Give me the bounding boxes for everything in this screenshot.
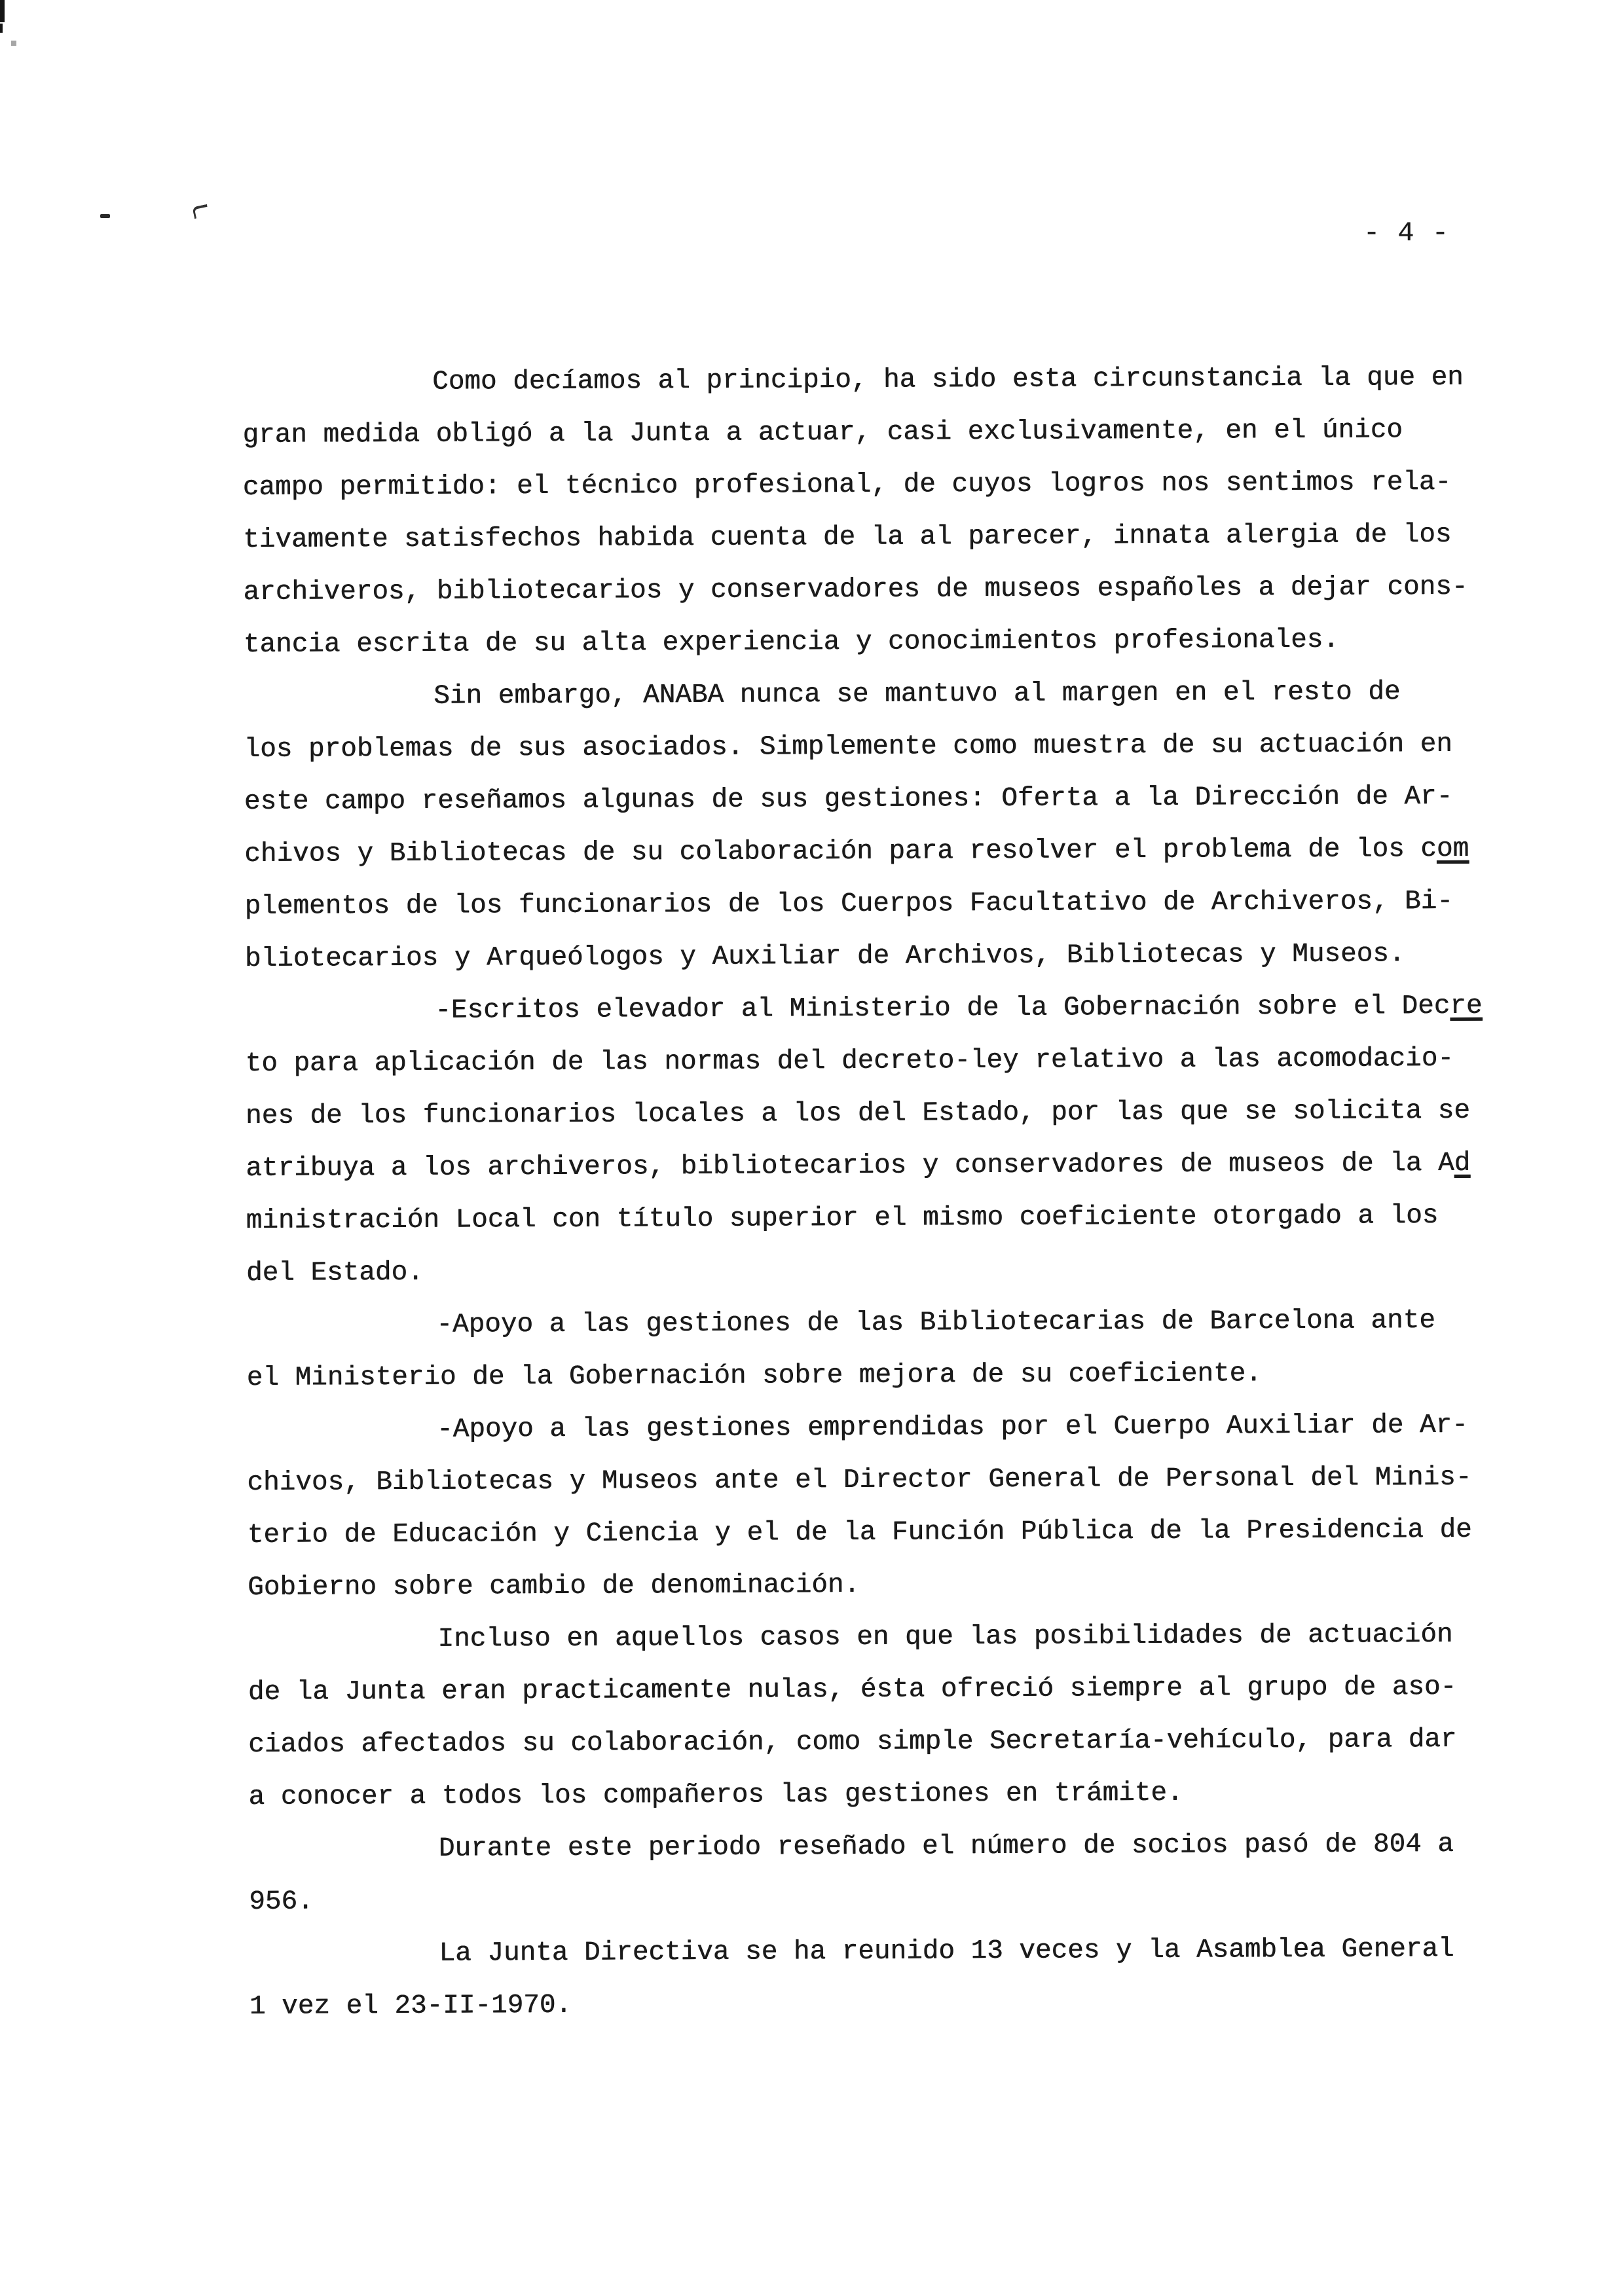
line-text: Incluso en aquellos casos en que las pos… (437, 1620, 1452, 1655)
line-text: atribuya a los archiveros, bibliotecario… (246, 1148, 1454, 1184)
line-text: terio de Educación y Ciencia y el de la … (248, 1515, 1472, 1551)
text-line: atribuya a los archiveros, bibliotecario… (246, 1137, 1503, 1195)
line-text: gran medida obligó a la Junta a actuar, … (242, 415, 1403, 450)
text-line: gran medida obligó a la Junta a actuar, … (242, 404, 1500, 462)
text-line: Como decíamos al principio, ha sido esta… (242, 352, 1500, 409)
line-text: tivamente satisfechos habida cuenta de l… (243, 520, 1451, 555)
scan-artifact (0, 24, 3, 33)
text-line: campo permitido: el técnico profesional,… (243, 456, 1500, 514)
line-text: de la Junta eran practicamente nulas, és… (248, 1672, 1456, 1708)
line-text: -Apoyo a las gestiones emprendidas por e… (437, 1410, 1468, 1445)
line-text: to para aplicación de las normas del dec… (246, 1044, 1454, 1079)
text-line: -Escritos elevador al Ministerio de la G… (245, 980, 1502, 1038)
line-text: plementos de los funcionarios de los Cue… (245, 887, 1453, 922)
line-text: Durante este periodo reseñado el número … (439, 1829, 1454, 1864)
line-text: Gobierno sobre cambio de denominación. (248, 1570, 860, 1603)
scan-artifact (11, 41, 16, 46)
text-line: archiveros, bibliotecarios y conservador… (243, 561, 1500, 619)
scan-artifact (192, 204, 209, 219)
line-text: Sin embargo, ANABA nunca se mantuvo al m… (434, 677, 1400, 711)
line-text: nes de los funcionarios locales a los de… (246, 1096, 1470, 1131)
text-line: los problemas de sus asociados. Simpleme… (244, 718, 1501, 776)
text-line: 956. (249, 1871, 1506, 1928)
text-line: terio de Educación y Ciencia y el de la … (248, 1504, 1505, 1562)
line-text: a conocer a todos los compañeros las ges… (248, 1778, 1183, 1812)
document-page: - 4 - Como decíamos al principio, ha sid… (0, 0, 1624, 2295)
line-text: ministración Local con título superior e… (246, 1201, 1439, 1236)
text-line: Sin embargo, ANABA nunca se mantuvo al m… (244, 666, 1501, 724)
text-line: este campo reseñamos algunas de sus gest… (244, 771, 1502, 828)
line-text: 1 vez el 23-II-1970. (249, 1991, 572, 2022)
document-body: Como decíamos al principio, ha sido esta… (242, 352, 1507, 2033)
text-line: 1 vez el 23-II-1970. (249, 1975, 1507, 2033)
line-text: Como decíamos al principio, ha sido esta… (432, 363, 1464, 397)
text-line: Durante este periodo reseñado el número … (249, 1818, 1506, 1876)
line-text: -Apoyo a las gestiones de las Biblioteca… (436, 1306, 1435, 1340)
page-number: - 4 - (1363, 217, 1449, 249)
line-text: bliotecarios y Arqueólogos y Auxiliar de… (245, 939, 1405, 974)
scan-artifact (100, 214, 110, 218)
line-text: el Ministerio de la Gobernación sobre me… (247, 1359, 1262, 1393)
text-line: -Apoyo a las gestiones de las Biblioteca… (246, 1294, 1504, 1352)
line-text: chivos, Bibliotecas y Museos ante el Dir… (247, 1463, 1471, 1498)
underlined-text: d (1454, 1148, 1471, 1179)
line-text: La Junta Directiva se ha reunido 13 vece… (439, 1934, 1454, 1969)
text-line: Gobierno sobre cambio de denominación. (248, 1556, 1505, 1614)
text-line: chivos y Bibliotecas de su colaboración … (244, 823, 1502, 881)
text-line: ministración Local con título superior e… (246, 1190, 1504, 1247)
text-line: del Estado. (246, 1242, 1504, 1300)
text-line: chivos, Bibliotecas y Museos ante el Dir… (247, 1452, 1504, 1509)
text-line: a conocer a todos los compañeros las ges… (248, 1766, 1505, 1824)
line-text: campo permitido: el técnico profesional,… (243, 468, 1451, 503)
scan-artifact (0, 0, 5, 22)
underlined-text: om (1437, 834, 1469, 864)
text-line: -Apoyo a las gestiones emprendidas por e… (247, 1399, 1504, 1457)
text-line: bliotecarios y Arqueólogos y Auxiliar de… (245, 928, 1502, 985)
line-text: los problemas de sus asociados. Simpleme… (244, 729, 1452, 765)
line-text: ciados afectados su colaboración, como s… (248, 1725, 1456, 1760)
text-line: el Ministerio de la Gobernación sobre me… (247, 1347, 1504, 1405)
text-line: ciados afectados su colaboración, como s… (248, 1714, 1505, 1771)
line-text: 956. (249, 1887, 314, 1917)
line-text: del Estado. (246, 1258, 424, 1289)
line-text: este campo reseñamos algunas de sus gest… (244, 782, 1452, 817)
underlined-text: re (1450, 991, 1482, 1021)
text-line: plementos de los funcionarios de los Cue… (244, 875, 1502, 933)
text-line: Incluso en aquellos casos en que las pos… (248, 1609, 1505, 1666)
line-text: archiveros, bibliotecarios y conservador… (243, 572, 1467, 608)
text-line: de la Junta eran practicamente nulas, és… (248, 1661, 1505, 1719)
line-text: chivos y Bibliotecas de su colaboración … (244, 834, 1437, 870)
text-line: La Junta Directiva se ha reunido 13 vece… (249, 1923, 1506, 1981)
line-text: -Escritos elevador al Ministerio de la G… (435, 991, 1450, 1026)
text-line: tancia escrita de su alta experiencia y … (244, 614, 1501, 671)
line-text: tancia escrita de su alta experiencia y … (244, 625, 1339, 660)
text-line: to para aplicación de las normas del dec… (246, 1033, 1503, 1090)
text-line: tivamente satisfechos habida cuenta de l… (243, 509, 1500, 566)
text-line: nes de los funcionarios locales a los de… (246, 1085, 1503, 1143)
